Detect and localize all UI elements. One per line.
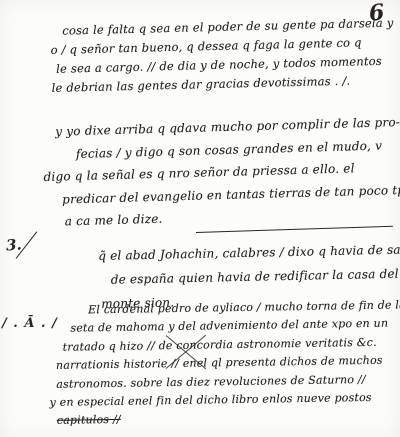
paragraph-1: cosa le falta q sea en el poder de su ge…	[48, 14, 395, 98]
manuscript-page: 6 cosa le falta q sea en el poder de su …	[0, 0, 400, 437]
paragraph-4: El cardenal pedro de ayliaco / mucho tor…	[46, 296, 400, 430]
paragraph-2: y yo dixe arriba q qdava mucho por compl…	[42, 111, 400, 234]
